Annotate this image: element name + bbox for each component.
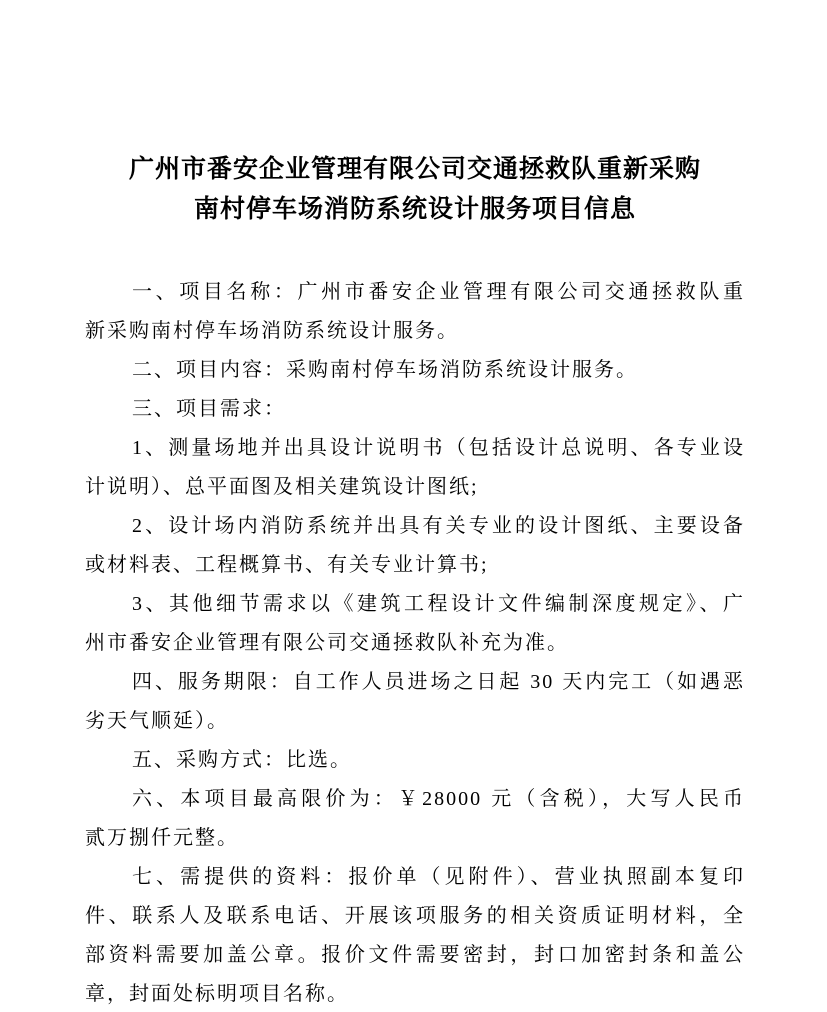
document-line: 件、联系人及联系电话、开展该项服务的相关资质证明材料，全 — [85, 897, 745, 936]
document-title-line1: 广州市番安企业管理有限公司交通拯救队重新采购 — [85, 150, 745, 190]
document-body: 一、项目名称：广州市番安企业管理有限公司交通拯救队重 新采购南村停车场消防系统设… — [85, 273, 745, 1012]
document-line: 二、项目内容：采购南村停车场消防系统设计服务。 — [85, 351, 745, 390]
document-line: 3、其他细节需求以《建筑工程设计文件编制深度规定》、广 — [85, 585, 745, 624]
document-line: 七、需提供的资料：报价单（见附件）、营业执照副本复印 — [85, 858, 745, 897]
document-page: 广州市番安企业管理有限公司交通拯救队重新采购 南村停车场消防系统设计服务项目信息… — [0, 0, 827, 1012]
document-line: 1、测量场地并出具设计说明书（包括设计总说明、各专业设 — [85, 429, 745, 468]
document-line: 或材料表、工程概算书、有关专业计算书; — [85, 546, 745, 585]
document-line: 章，封面处标明项目名称。 — [85, 975, 745, 1012]
document-line: 劣天气顺延）。 — [85, 702, 745, 741]
document-line: 贰万捌仟元整。 — [85, 819, 745, 858]
document-title-line2: 南村停车场消防系统设计服务项目信息 — [85, 190, 745, 230]
document-line: 2、设计场内消防系统并出具有关专业的设计图纸、主要设备 — [85, 507, 745, 546]
document-line: 计说明）、总平面图及相关建筑设计图纸; — [85, 468, 745, 507]
document-line: 一、项目名称：广州市番安企业管理有限公司交通拯救队重 — [85, 273, 745, 312]
document-line: 州市番安企业管理有限公司交通拯救队补充为准。 — [85, 624, 745, 663]
document-line: 新采购南村停车场消防系统设计服务。 — [85, 312, 745, 351]
document-line: 五、采购方式：比选。 — [85, 741, 745, 780]
document-line: 四、服务期限：自工作人员进场之日起 30 天内完工（如遇恶 — [85, 663, 745, 702]
document-title: 广州市番安企业管理有限公司交通拯救队重新采购 南村停车场消防系统设计服务项目信息 — [85, 0, 745, 230]
document-line: 部资料需要加盖公章。报价文件需要密封，封口加密封条和盖公 — [85, 936, 745, 975]
document-line: 六、本项目最高限价为：￥28000 元（含税），大写人民币 — [85, 780, 745, 819]
document-line: 三、项目需求： — [85, 390, 745, 429]
